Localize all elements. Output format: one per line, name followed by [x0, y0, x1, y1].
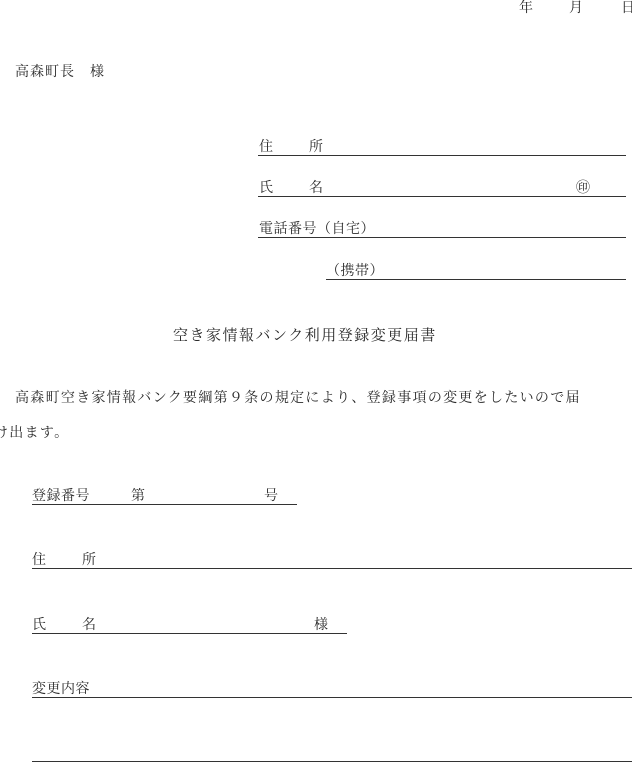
date-day-label: 日 [621, 0, 632, 16]
applicant-phone-home-underline [258, 237, 626, 238]
addressee: 高森町長 様 [15, 64, 105, 80]
applicant-name-label-1: 氏 [259, 180, 273, 196]
applicant-phone-mobile-underline [326, 279, 626, 280]
registration-number-prefix: 第 [131, 488, 145, 504]
registration-number-underline [32, 504, 297, 505]
applicant-phone-home-label: 電話番号（自宅） [259, 221, 375, 237]
registration-number-suffix: 号 [264, 488, 278, 504]
name-underline [32, 633, 347, 634]
date-month-label: 月 [569, 0, 583, 16]
applicant-name-underline [258, 196, 626, 197]
name-label-2: 名 [82, 617, 96, 633]
change-details-label: 変更内容 [32, 681, 90, 697]
address-underline [32, 568, 632, 569]
applicant-phone-mobile-label: （携帯） [326, 263, 384, 279]
address-label-1: 住 [32, 552, 46, 568]
seal-mark-icon: ㊞ [576, 180, 590, 196]
name-label-1: 氏 [32, 617, 46, 633]
change-details-underline-1 [32, 697, 632, 698]
document-title: 空き家情報バンク利用登録変更届書 [173, 327, 437, 343]
address-label-2: 所 [82, 552, 96, 568]
change-details-underline-2 [32, 761, 632, 762]
applicant-address-label-1: 住 [259, 139, 273, 155]
body-line-1: 高森町空き家情報バンク要綱第９条の規定により、登録事項の変更をしたいので届 [15, 390, 581, 406]
body-line-2: け出ます。 [0, 425, 69, 441]
registration-number-label: 登録番号 [32, 488, 90, 504]
date-year-label: 年 [519, 0, 533, 16]
applicant-address-label-2: 所 [309, 139, 323, 155]
name-honorific: 様 [314, 617, 328, 633]
applicant-address-underline [258, 155, 626, 156]
applicant-name-label-2: 名 [309, 180, 323, 196]
